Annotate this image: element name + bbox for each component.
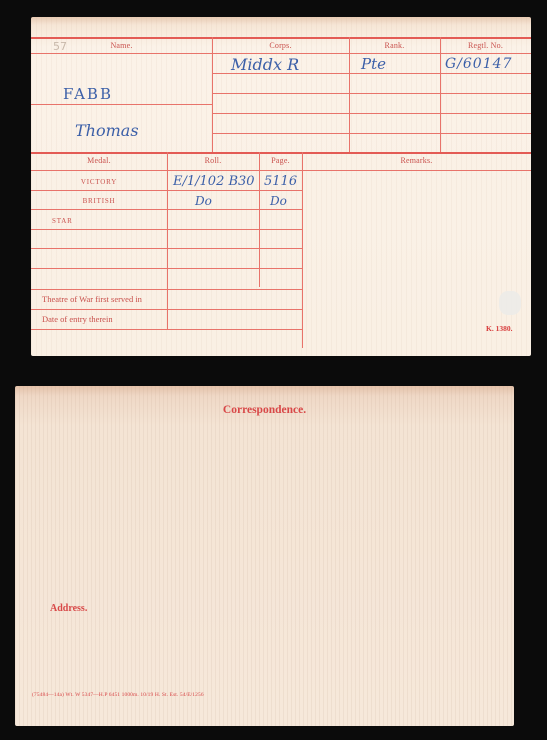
rule-medal-row-6 [31, 289, 302, 290]
rule-row-4 [212, 133, 531, 134]
divider-roll-page [259, 152, 260, 287]
rule-top [31, 37, 531, 39]
correspondence-title: Correspondence. [15, 404, 514, 416]
rule-medal-row-5 [31, 268, 302, 269]
rule-medal-row-2 [31, 209, 302, 210]
rule-section [31, 152, 531, 154]
divider-name-corps [212, 37, 213, 153]
theatre-of-war-label: Theatre of War first served in [42, 294, 142, 304]
paper-stain [499, 291, 521, 315]
rule-medal-header [31, 170, 531, 171]
british-roll-value: Do [195, 194, 212, 208]
header-corps: Corps. [212, 41, 349, 50]
medal-victory: Victory [31, 178, 167, 186]
rule-row-2 [212, 93, 531, 94]
medal-star: Star [52, 217, 73, 225]
header-medal: Medal. [31, 156, 167, 165]
victory-roll-value: E/1/102 B30 [173, 174, 255, 189]
forename-value: Thomas [75, 121, 139, 140]
divider-medal-roll [167, 152, 168, 329]
divider-rank-regtl [440, 37, 441, 153]
rule-name-row [31, 104, 212, 105]
header-page: Page. [259, 156, 302, 165]
header-name: Name. [31, 41, 212, 50]
corps-value: Middx R [231, 55, 299, 74]
form-number: K. 1380. [486, 324, 512, 333]
rule-row-3 [212, 113, 531, 114]
medal-index-card-front: 57 Name. Corps. Rank. Regtl. No. FABB Th… [31, 17, 531, 356]
victory-page-value: 5116 [264, 174, 297, 189]
printer-imprint: (75484—14a) Wt. W 5347—H.P 6451 1000m. 1… [32, 692, 204, 698]
rule-medal-row-7 [31, 309, 302, 310]
header-regtl-no: Regtl. No. [440, 41, 531, 50]
divider-page-remarks [302, 152, 303, 348]
header-rank: Rank. [349, 41, 440, 50]
british-page-value: Do [270, 194, 287, 208]
rule-header [31, 53, 531, 54]
date-of-entry-label: Date of entry therein [42, 314, 113, 324]
rank-value: Pte [361, 55, 386, 73]
rule-medal-row-1 [31, 190, 302, 191]
regtl-no-value: G/60147 [445, 56, 512, 72]
header-roll: Roll. [167, 156, 259, 165]
medal-index-card-back: Correspondence. Address. (75484—14a) Wt.… [15, 386, 514, 726]
surname-value: FABB [63, 85, 113, 103]
rule-medal-row-3 [31, 229, 302, 230]
divider-corps-rank [349, 37, 350, 153]
rule-medal-row-4 [31, 248, 302, 249]
rule-medal-row-8 [31, 329, 302, 330]
medal-british: British [31, 197, 167, 205]
address-label: Address. [50, 603, 87, 614]
header-remarks: Remarks. [302, 156, 531, 165]
